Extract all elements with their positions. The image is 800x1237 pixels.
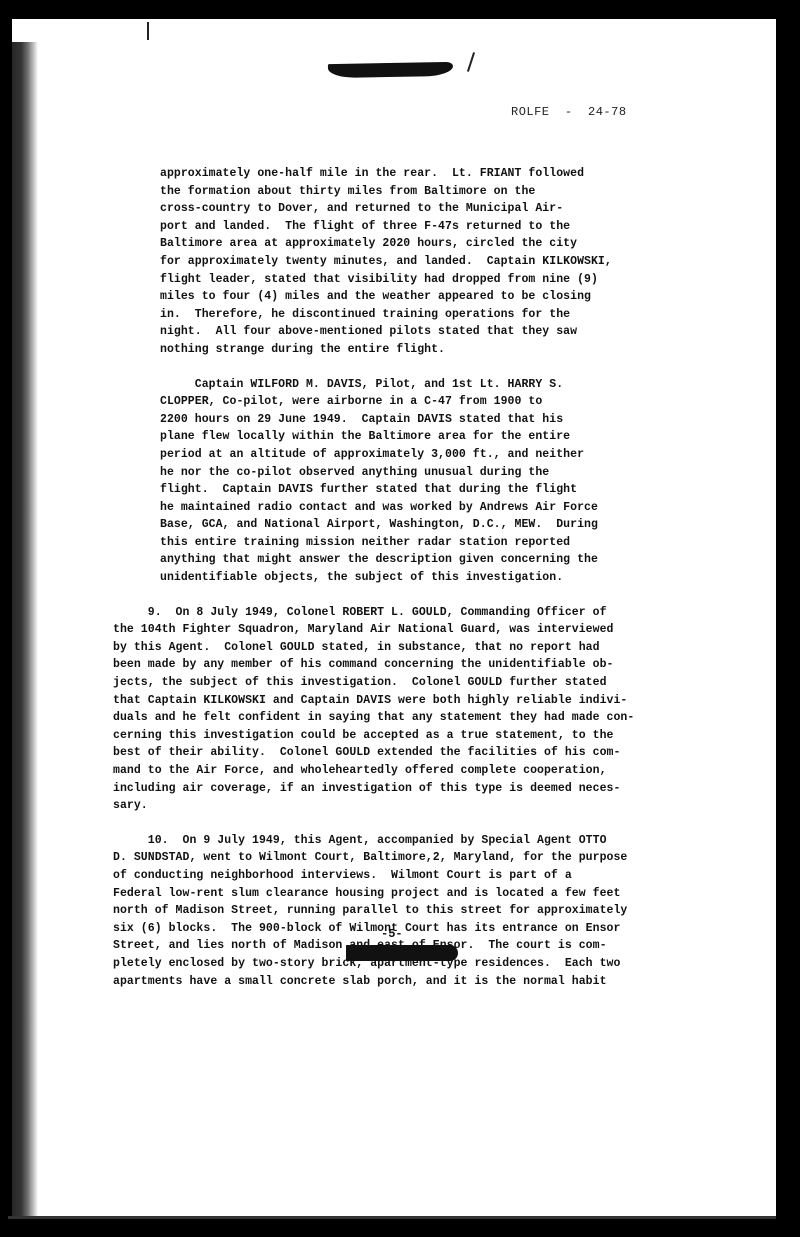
text-line: Base, GCA, and National Airport, Washing… [160,516,660,534]
text-line: north of Madison Street, running paralle… [113,902,660,920]
text-line: that Captain KILKOWSKI and Captain DAVIS… [113,692,660,710]
text-line: including air coverage, if an investigat… [113,780,660,798]
text-line: jects, the subject of this investigation… [113,674,660,692]
text-line: CLOPPER, Co-pilot, were airborne in a C-… [160,393,660,411]
text-line: this entire training mission neither rad… [160,534,660,552]
text-line: by this Agent. Colonel GOULD stated, in … [113,639,660,657]
text-line: 10. On 9 July 1949, this Agent, accompan… [113,832,660,850]
text-line: 2200 hours on 29 June 1949. Captain DAVI… [160,411,660,429]
text-line: anything that might answer the descripti… [160,551,660,569]
document-body: approximately one-half mile in the rear.… [160,165,660,990]
text-line: Baltimore area at approximately 2020 hou… [160,235,660,253]
text-line: Captain WILFORD M. DAVIS, Pilot, and 1st… [160,376,660,394]
handwritten-tick [467,52,475,72]
scanned-document-page: ROLFE - 24-78 approximately one-half mil… [8,19,776,1219]
document-reference-header: ROLFE - 24-78 [511,105,627,119]
paragraph-9: 9. On 8 July 1949, Colonel ROBERT L. GOU… [113,604,660,815]
text-line: 9. On 8 July 1949, Colonel ROBERT L. GOU… [113,604,660,622]
text-line: of conducting neighborhood interviews. W… [113,867,660,885]
text-line: Federal low-rent slum clearance housing … [113,885,660,903]
text-line: he nor the co-pilot observed anything un… [160,464,660,482]
scan-artifact-mark [147,22,149,40]
text-line: apartments have a small concrete slab po… [113,973,660,991]
text-line: for approximately twenty minutes, and la… [160,253,660,271]
text-line: been made by any member of his command c… [113,656,660,674]
paragraph-davis: Captain WILFORD M. DAVIS, Pilot, and 1st… [160,376,660,587]
redaction-mark-top [328,62,453,78]
text-line: flight. Captain DAVIS further stated tha… [160,481,660,499]
text-line: unidentifiable objects, the subject of t… [160,569,660,587]
text-line: plane flew locally within the Baltimore … [160,428,660,446]
text-line: sary. [113,797,660,815]
paragraph-10: 10. On 9 July 1949, this Agent, accompan… [113,832,660,990]
text-line: duals and he felt confident in saying th… [113,709,660,727]
redaction-mark-bottom [346,945,458,961]
text-line: he maintained radio contact and was work… [160,499,660,517]
text-line: miles to four (4) miles and the weather … [160,288,660,306]
page-number: -5- [381,927,403,941]
text-line: period at an altitude of approximately 3… [160,446,660,464]
page-bottom-edge [8,1216,776,1219]
text-line: in. Therefore, he discontinued training … [160,306,660,324]
text-line: port and landed. The flight of three F-4… [160,218,660,236]
text-line: nothing strange during the entire flight… [160,341,660,359]
text-line: cerning this investigation could be acce… [113,727,660,745]
text-line: approximately one-half mile in the rear.… [160,165,660,183]
text-line: night. All four above-mentioned pilots s… [160,323,660,341]
text-line: best of their ability. Colonel GOULD ext… [113,744,660,762]
text-line: flight leader, stated that visibility ha… [160,271,660,289]
text-line: the 104th Fighter Squadron, Maryland Air… [113,621,660,639]
paragraph-continued: approximately one-half mile in the rear.… [160,165,660,359]
text-line: the formation about thirty miles from Ba… [160,183,660,201]
text-line: cross-country to Dover, and returned to … [160,200,660,218]
text-line: mand to the Air Force, and wholeheartedl… [113,762,660,780]
scan-shadow [12,42,38,1219]
text-line: D. SUNDSTAD, went to Wilmont Court, Balt… [113,849,660,867]
